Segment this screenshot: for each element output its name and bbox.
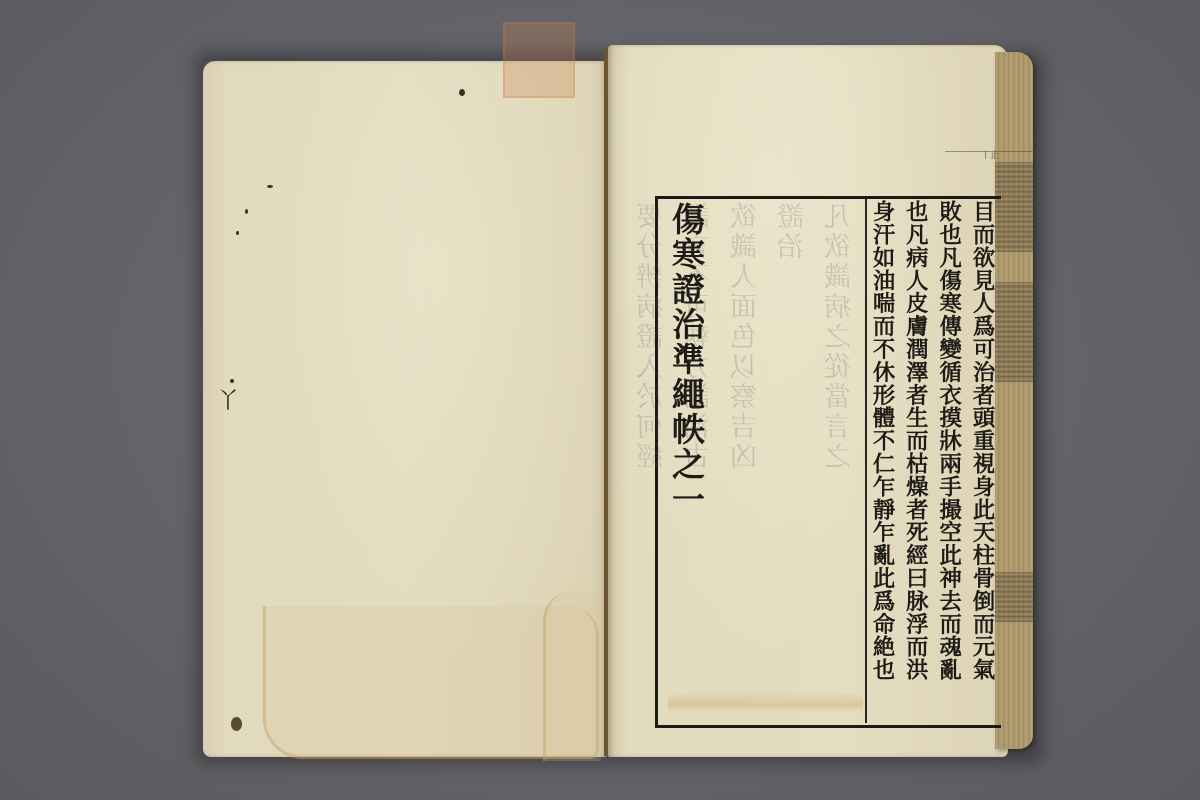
text-column-2: 敗也凡傷寒傳變循衣摸牀兩手撮空此神去而魂亂 [933,200,965,720]
main-text-block: 目而欲見人爲可治者頭重視身此天柱骨倒而元氣 敗也凡傷寒傳變循衣摸牀兩手撮空此神去… [864,200,1004,720]
volume-title: 傷寒證治準繩帙之一 [664,202,710,517]
seal-stamp [503,22,575,98]
ink-spot [267,185,273,188]
bleed-column: 凡欲識病之從當言之 [821,202,860,702]
ink-mark: 丫 [217,391,239,413]
ink-spot [245,209,248,214]
text-column-4: 身汗如油喘而不休形體不仁乍靜乍亂此爲命絶也 [866,200,898,720]
text-column-1: 目而欲見人爲可治者頭重視身此天柱骨倒而元氣 [966,200,998,720]
bleed-through-text: 凡欲識病之從當言之 證治 欲識人面色以察吉凶 謂言不可執方論治古 要分辨病證入於… [705,202,860,702]
ink-spot [459,89,465,96]
left-page: 丫 [203,61,607,757]
worm-hole [231,717,242,731]
bleed-column: 證治 [774,202,813,702]
text-column-3: 也凡病人皮膚潤澤者生而枯燥者死經曰脉浮而洪 [899,200,931,720]
ink-spot [230,379,234,383]
water-stain [543,591,601,761]
water-stain [668,690,863,712]
marginal-note: 丨止 [945,151,1035,160]
ink-spot [236,231,239,235]
bleed-column: 欲識人面色以察吉凶 [727,202,766,702]
